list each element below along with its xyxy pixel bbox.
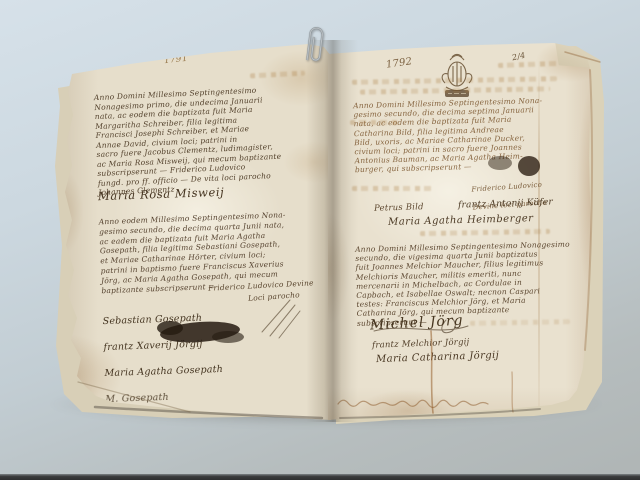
- page-number: 2/4: [511, 51, 526, 63]
- witness-signature: Maria Agatha Heimberger: [388, 213, 534, 228]
- year-header-1792: 1792: [385, 56, 413, 71]
- signature-line: frantz Melchior Jörgij: [372, 337, 470, 350]
- signature-line: Maria Catharina Jörgij: [376, 350, 500, 365]
- priest-title-line: Loci parocho: [248, 290, 300, 303]
- baptism-entry-1791: Anno Domini Millesimo Septingentesimo No…: [94, 83, 321, 197]
- witness-signature: Petrus Bild: [374, 202, 424, 214]
- manuscript-page-right: 1792 2/4 Anno Domini Millesimo Septingen…: [326, 38, 598, 422]
- signature-line: Sebastian Gosepath: [102, 311, 221, 328]
- manuscript-photo: 1791 Anno Domini Millesimo Septingentesi…: [0, 0, 640, 480]
- baptism-entry-1792-second: Anno Domini Millesimo Septingentesimo No…: [355, 239, 591, 328]
- signature-maria-rosa: Maria Rosa Misweij: [98, 185, 225, 203]
- manuscript-page-left: 1791 Anno Domini Millesimo Septingentesi…: [60, 40, 334, 422]
- paperclip-icon: [299, 23, 332, 66]
- signature-line: frantz Xaverij Jörgij: [103, 337, 222, 354]
- signature-flourish: Michel Jörg: [370, 313, 464, 334]
- signature-line: Maria Agatha Gosepath: [104, 363, 223, 380]
- signature-block-left: Sebastian Gosepath frantz Xaverij Jörgij…: [102, 298, 225, 419]
- priest-closing-line: Friderico Ludovico: [471, 180, 546, 194]
- table-edge: [0, 474, 640, 480]
- baptism-entry-1792-first: Anno Domini Millesimo Septingentesimo No…: [353, 95, 585, 175]
- year-header-1791: 1791: [164, 54, 189, 66]
